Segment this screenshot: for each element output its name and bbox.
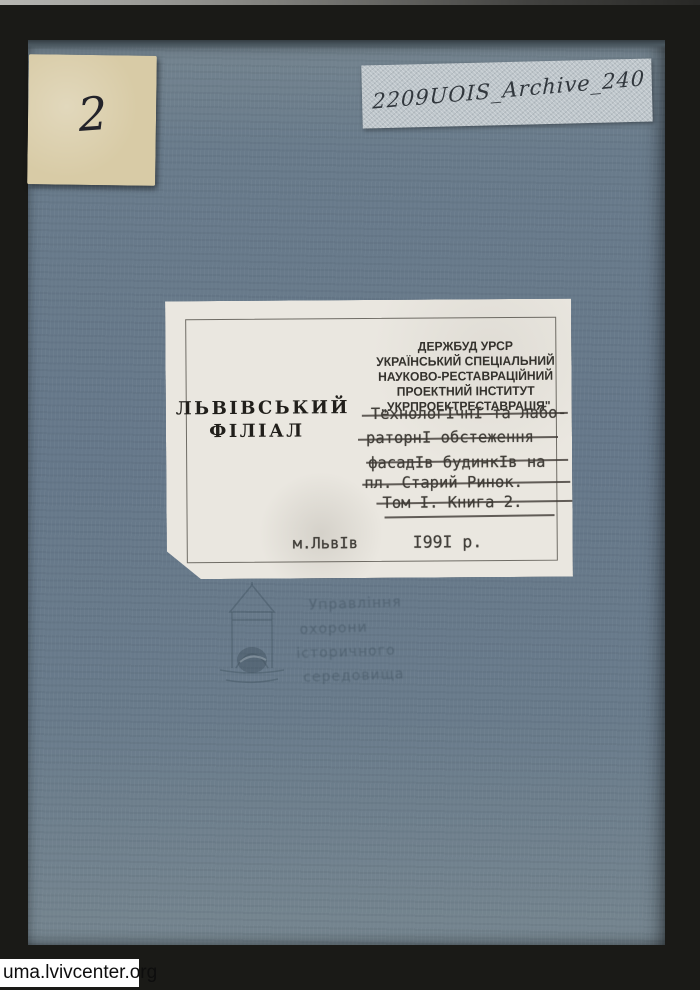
year-label: І99І р. (413, 532, 483, 551)
tower-stamp-icon (216, 582, 288, 694)
stamp-text-line: Управління (308, 590, 415, 618)
institute-line: УКРАЇНСЬКИЙ СПЕЦІАЛЬНИЙ (354, 354, 577, 371)
source-watermark: uma.lvivcenter.org (0, 959, 139, 987)
handwritten-page-number: 2 (76, 86, 109, 142)
stamp-text-line: середовища (303, 662, 418, 690)
archive-code-tape: 2209UOIS_Archive_240 (361, 58, 652, 128)
branch-name: ЛЬВІВСЬКИЙ ФІЛІАЛ (176, 396, 338, 443)
scanned-archive-cover: 2 2209UOIS_Archive_240 ДЕРЖБУД УРСР УКРА… (0, 0, 700, 990)
institute-line: ДЕРЖБУД УРСР (354, 339, 577, 356)
branch-line: ЛЬВІВСЬКИЙ (176, 396, 338, 420)
scanner-edge-strip (0, 0, 700, 5)
handwritten-archive-code: 2209UOIS_Archive_240 (372, 66, 643, 113)
branch-line: ФІЛІАЛ (176, 419, 338, 443)
institute-line: НАУКОВО-РЕСТАВРАЦІЙНИЙ (354, 369, 577, 386)
stamp-text: Управління охорони історичного середовищ… (294, 590, 417, 690)
title-label: ДЕРЖБУД УРСР УКРАЇНСЬКИЙ СПЕЦІАЛЬНИЙ НАУ… (165, 299, 573, 580)
cover-top-edge (28, 40, 665, 49)
page-number-note: 2 (27, 54, 157, 186)
institute-line: ПРОЕКТНИЙ ІНСТИТУТ (354, 384, 577, 401)
faint-office-stamp: Управління охорони історичного середовищ… (208, 582, 408, 700)
city-label: м.ЛьвІв (293, 534, 358, 552)
